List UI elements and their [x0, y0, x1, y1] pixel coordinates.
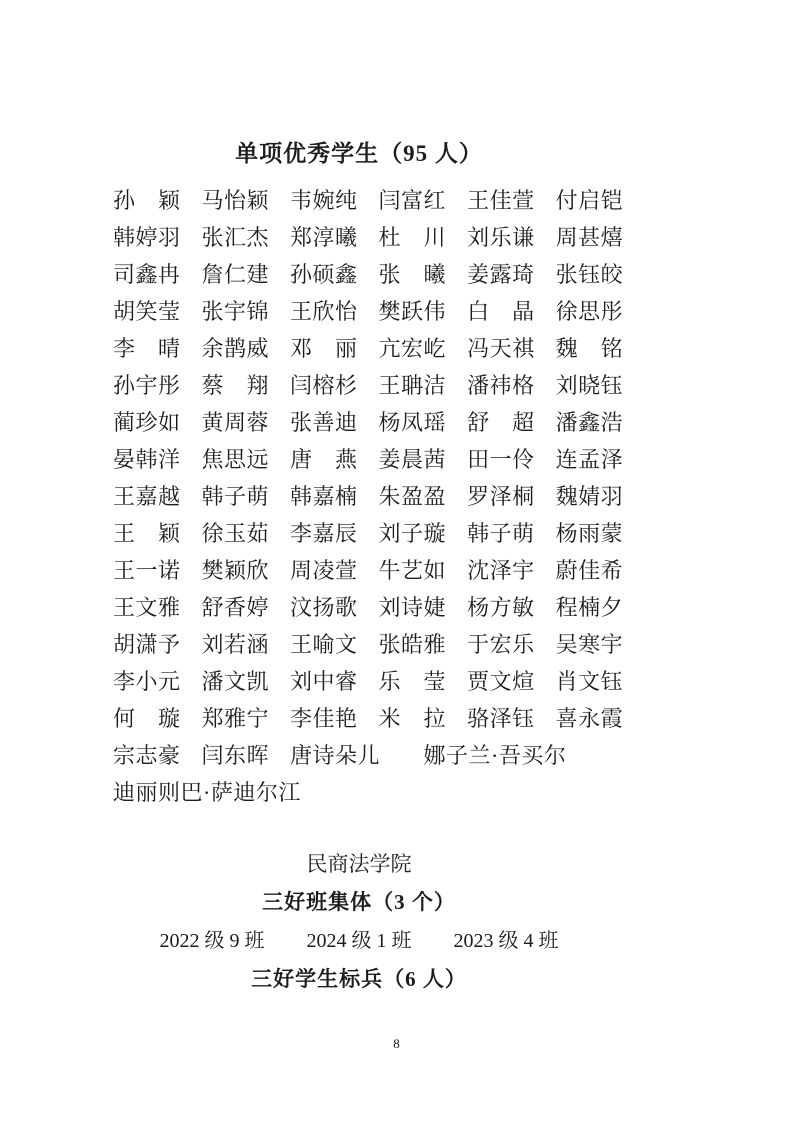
student-name: 程楠夕 — [556, 591, 624, 622]
student-name: 焦思远 — [202, 443, 270, 474]
student-name: 牛艺如 — [379, 554, 447, 585]
student-name: 姜晨茜 — [379, 443, 447, 474]
student-name: 徐玉茹 — [202, 517, 270, 548]
awarded-class: 2023 级 4 班 — [454, 928, 559, 954]
name-row: 何 璇郑雅宁李佳艳米 拉骆泽钰喜永霞 — [113, 699, 605, 736]
awarded-class-list: 2022 级 9 班2024 级 1 班2023 级 4 班 — [113, 928, 605, 954]
page-number: 8 — [0, 1036, 793, 1052]
student-name: 李嘉辰 — [290, 517, 358, 548]
student-name: 詹仁建 — [202, 258, 270, 289]
name-row: 宗志豪闫东晖唐诗朵儿 娜子兰·吾买尔 — [113, 736, 605, 773]
name-row: 孙 颖马怡颖韦婉纯闫富红王佳萱付启铠 — [113, 181, 605, 218]
student-name: 蔺珍如 — [113, 406, 181, 437]
award-title-three-good-class-collectives: 三好班集体（3 个） — [113, 889, 605, 916]
student-name: 朱盈盈 — [379, 480, 447, 511]
student-name: 迪丽则巴·萨迪尔江 — [113, 776, 301, 807]
student-name: 沈泽宇 — [467, 554, 535, 585]
student-name: 于宏乐 — [467, 628, 535, 659]
student-name: 闫东晖 — [202, 739, 270, 770]
student-name: 王佳萱 — [467, 184, 535, 215]
student-name: 韩子萌 — [467, 517, 535, 548]
name-row: 孙宇彤蔡 翔闫榕杉王聃洁潘祎格刘晓钰 — [113, 366, 605, 403]
student-name: 樊跃伟 — [379, 295, 447, 326]
student-name: 罗泽桐 — [467, 480, 535, 511]
student-name: 王文雅 — [113, 591, 181, 622]
student-name: 姜露琦 — [467, 258, 535, 289]
student-name: 张宇锦 — [202, 295, 270, 326]
awarded-class: 2022 级 9 班 — [160, 928, 265, 954]
student-name: 黄周蓉 — [202, 406, 270, 437]
student-names-list: 孙 颖马怡颖韦婉纯闫富红王佳萱付启铠韩婷羽张汇杰郑淳曦杜 川刘乐谦周甚熺司鑫冉詹… — [113, 181, 605, 810]
name-row: 李小元潘文凯刘中睿乐 莹贾文煊肖文钰 — [113, 662, 605, 699]
student-name: 李 晴 — [113, 332, 181, 363]
student-name: 王欣怡 — [290, 295, 358, 326]
student-name: 徐思彤 — [556, 295, 624, 326]
student-name: 周凌萱 — [290, 554, 358, 585]
student-name: 宗志豪 — [113, 739, 181, 770]
document-page: 单项优秀学生（95 人） 孙 颖马怡颖韦婉纯闫富红王佳萱付启铠韩婷羽张汇杰郑淳曦… — [0, 0, 793, 1122]
name-row: 李 晴余鹊威邓 丽亢宏屹冯天祺魏 铭 — [113, 329, 605, 366]
section-title-individual-outstanding-students: 单项优秀学生（95 人） — [113, 140, 605, 167]
student-name: 舒 超 — [467, 406, 535, 437]
student-name: 田一伶 — [467, 443, 535, 474]
student-name: 舒香婷 — [202, 591, 270, 622]
student-name: 刘晓钰 — [556, 369, 624, 400]
student-name: 韩嘉楠 — [290, 480, 358, 511]
student-name: 付启铠 — [556, 184, 624, 215]
student-name: 胡笑莹 — [113, 295, 181, 326]
award-title-three-good-student-models: 三好学生标兵（6 人） — [113, 966, 605, 993]
student-name: 李佳艳 — [290, 702, 358, 733]
student-name: 杜 川 — [379, 221, 447, 252]
student-name: 王喻文 — [290, 628, 358, 659]
student-name: 连孟泽 — [556, 443, 624, 474]
student-name: 韩子萌 — [202, 480, 270, 511]
student-name: 冯天祺 — [467, 332, 535, 363]
college-title: 民商法学院 — [113, 851, 605, 878]
name-row: 胡笑莹张宇锦王欣怡樊跃伟白 晶徐思彤 — [113, 292, 605, 329]
student-name: 杨凤瑶 — [379, 406, 447, 437]
name-row: 王嘉越韩子萌韩嘉楠朱盈盈罗泽桐魏婧羽 — [113, 477, 605, 514]
student-name: 骆泽钰 — [467, 702, 535, 733]
student-name: 米 拉 — [379, 702, 447, 733]
content-area: 单项优秀学生（95 人） 孙 颖马怡颖韦婉纯闫富红王佳萱付启铠韩婷羽张汇杰郑淳曦… — [113, 0, 605, 993]
student-name: 潘鑫浩 — [556, 406, 624, 437]
student-name: 张 曦 — [379, 258, 447, 289]
student-name: 闫榕杉 — [290, 369, 358, 400]
student-name: 刘乐谦 — [467, 221, 535, 252]
awarded-class: 2024 级 1 班 — [307, 928, 412, 954]
student-name: 吴寒宇 — [556, 628, 624, 659]
student-name: 白 晶 — [467, 295, 535, 326]
student-name: 司鑫冉 — [113, 258, 181, 289]
student-name: 孙硕鑫 — [290, 258, 358, 289]
student-name: 蔡 翔 — [202, 369, 270, 400]
name-row: 迪丽则巴·萨迪尔江 — [113, 773, 605, 810]
student-name: 邓 丽 — [290, 332, 358, 363]
student-name: 刘中睿 — [290, 665, 358, 696]
student-name: 李小元 — [113, 665, 181, 696]
student-name: 肖文钰 — [556, 665, 624, 696]
student-name: 王嘉越 — [113, 480, 181, 511]
name-row: 韩婷羽张汇杰郑淳曦杜 川刘乐谦周甚熺 — [113, 218, 605, 255]
student-name: 闫富红 — [379, 184, 447, 215]
student-name: 汶扬歌 — [290, 591, 358, 622]
student-name: 唐 燕 — [290, 443, 358, 474]
student-name: 王聃洁 — [379, 369, 447, 400]
student-name: 张善迪 — [290, 406, 358, 437]
student-name: 胡潇予 — [113, 628, 181, 659]
student-name: 唐诗朵儿 — [290, 739, 380, 770]
name-row: 胡潇予刘若涵王喻文张皓雅于宏乐吴寒宇 — [113, 625, 605, 662]
student-name: 郑雅宁 — [202, 702, 270, 733]
student-name: 樊颖欣 — [202, 554, 270, 585]
student-name: 刘若涵 — [202, 628, 270, 659]
name-row: 王文雅舒香婷汶扬歌刘诗婕杨方敏程楠夕 — [113, 588, 605, 625]
student-name: 孙 颖 — [113, 184, 181, 215]
student-name: 蔚佳希 — [556, 554, 624, 585]
student-name: 潘文凯 — [202, 665, 270, 696]
student-name: 杨方敏 — [467, 591, 535, 622]
student-name: 王一诺 — [113, 554, 181, 585]
student-name: 喜永霞 — [556, 702, 624, 733]
student-name: 何 璇 — [113, 702, 181, 733]
student-name: 孙宇彤 — [113, 369, 181, 400]
student-name: 乐 莹 — [379, 665, 447, 696]
student-name: 魏婧羽 — [556, 480, 624, 511]
student-name: 娜子兰·吾买尔 — [401, 739, 566, 770]
student-name: 王 颖 — [113, 517, 181, 548]
name-row: 王 颖徐玉茹李嘉辰刘子璇韩子萌杨雨蒙 — [113, 514, 605, 551]
student-name: 郑淳曦 — [290, 221, 358, 252]
student-name: 魏 铭 — [556, 332, 624, 363]
student-name: 贾文煊 — [467, 665, 535, 696]
student-name: 张汇杰 — [202, 221, 270, 252]
student-name: 张钰皎 — [556, 258, 624, 289]
name-row: 晏韩洋焦思远唐 燕姜晨茜田一伶连孟泽 — [113, 440, 605, 477]
student-name: 潘祎格 — [467, 369, 535, 400]
name-row: 蔺珍如黄周蓉张善迪杨凤瑶舒 超潘鑫浩 — [113, 403, 605, 440]
name-row: 司鑫冉詹仁建孙硕鑫张 曦姜露琦张钰皎 — [113, 255, 605, 292]
student-name: 余鹊威 — [202, 332, 270, 363]
student-name: 周甚熺 — [556, 221, 624, 252]
student-name: 韩婷羽 — [113, 221, 181, 252]
student-name: 亢宏屹 — [379, 332, 447, 363]
student-name: 晏韩洋 — [113, 443, 181, 474]
student-name: 韦婉纯 — [290, 184, 358, 215]
student-name: 刘子璇 — [379, 517, 447, 548]
student-name: 马怡颖 — [202, 184, 270, 215]
student-name: 张皓雅 — [379, 628, 447, 659]
student-name: 刘诗婕 — [379, 591, 447, 622]
student-name: 杨雨蒙 — [556, 517, 624, 548]
name-row: 王一诺樊颖欣周凌萱牛艺如沈泽宇蔚佳希 — [113, 551, 605, 588]
